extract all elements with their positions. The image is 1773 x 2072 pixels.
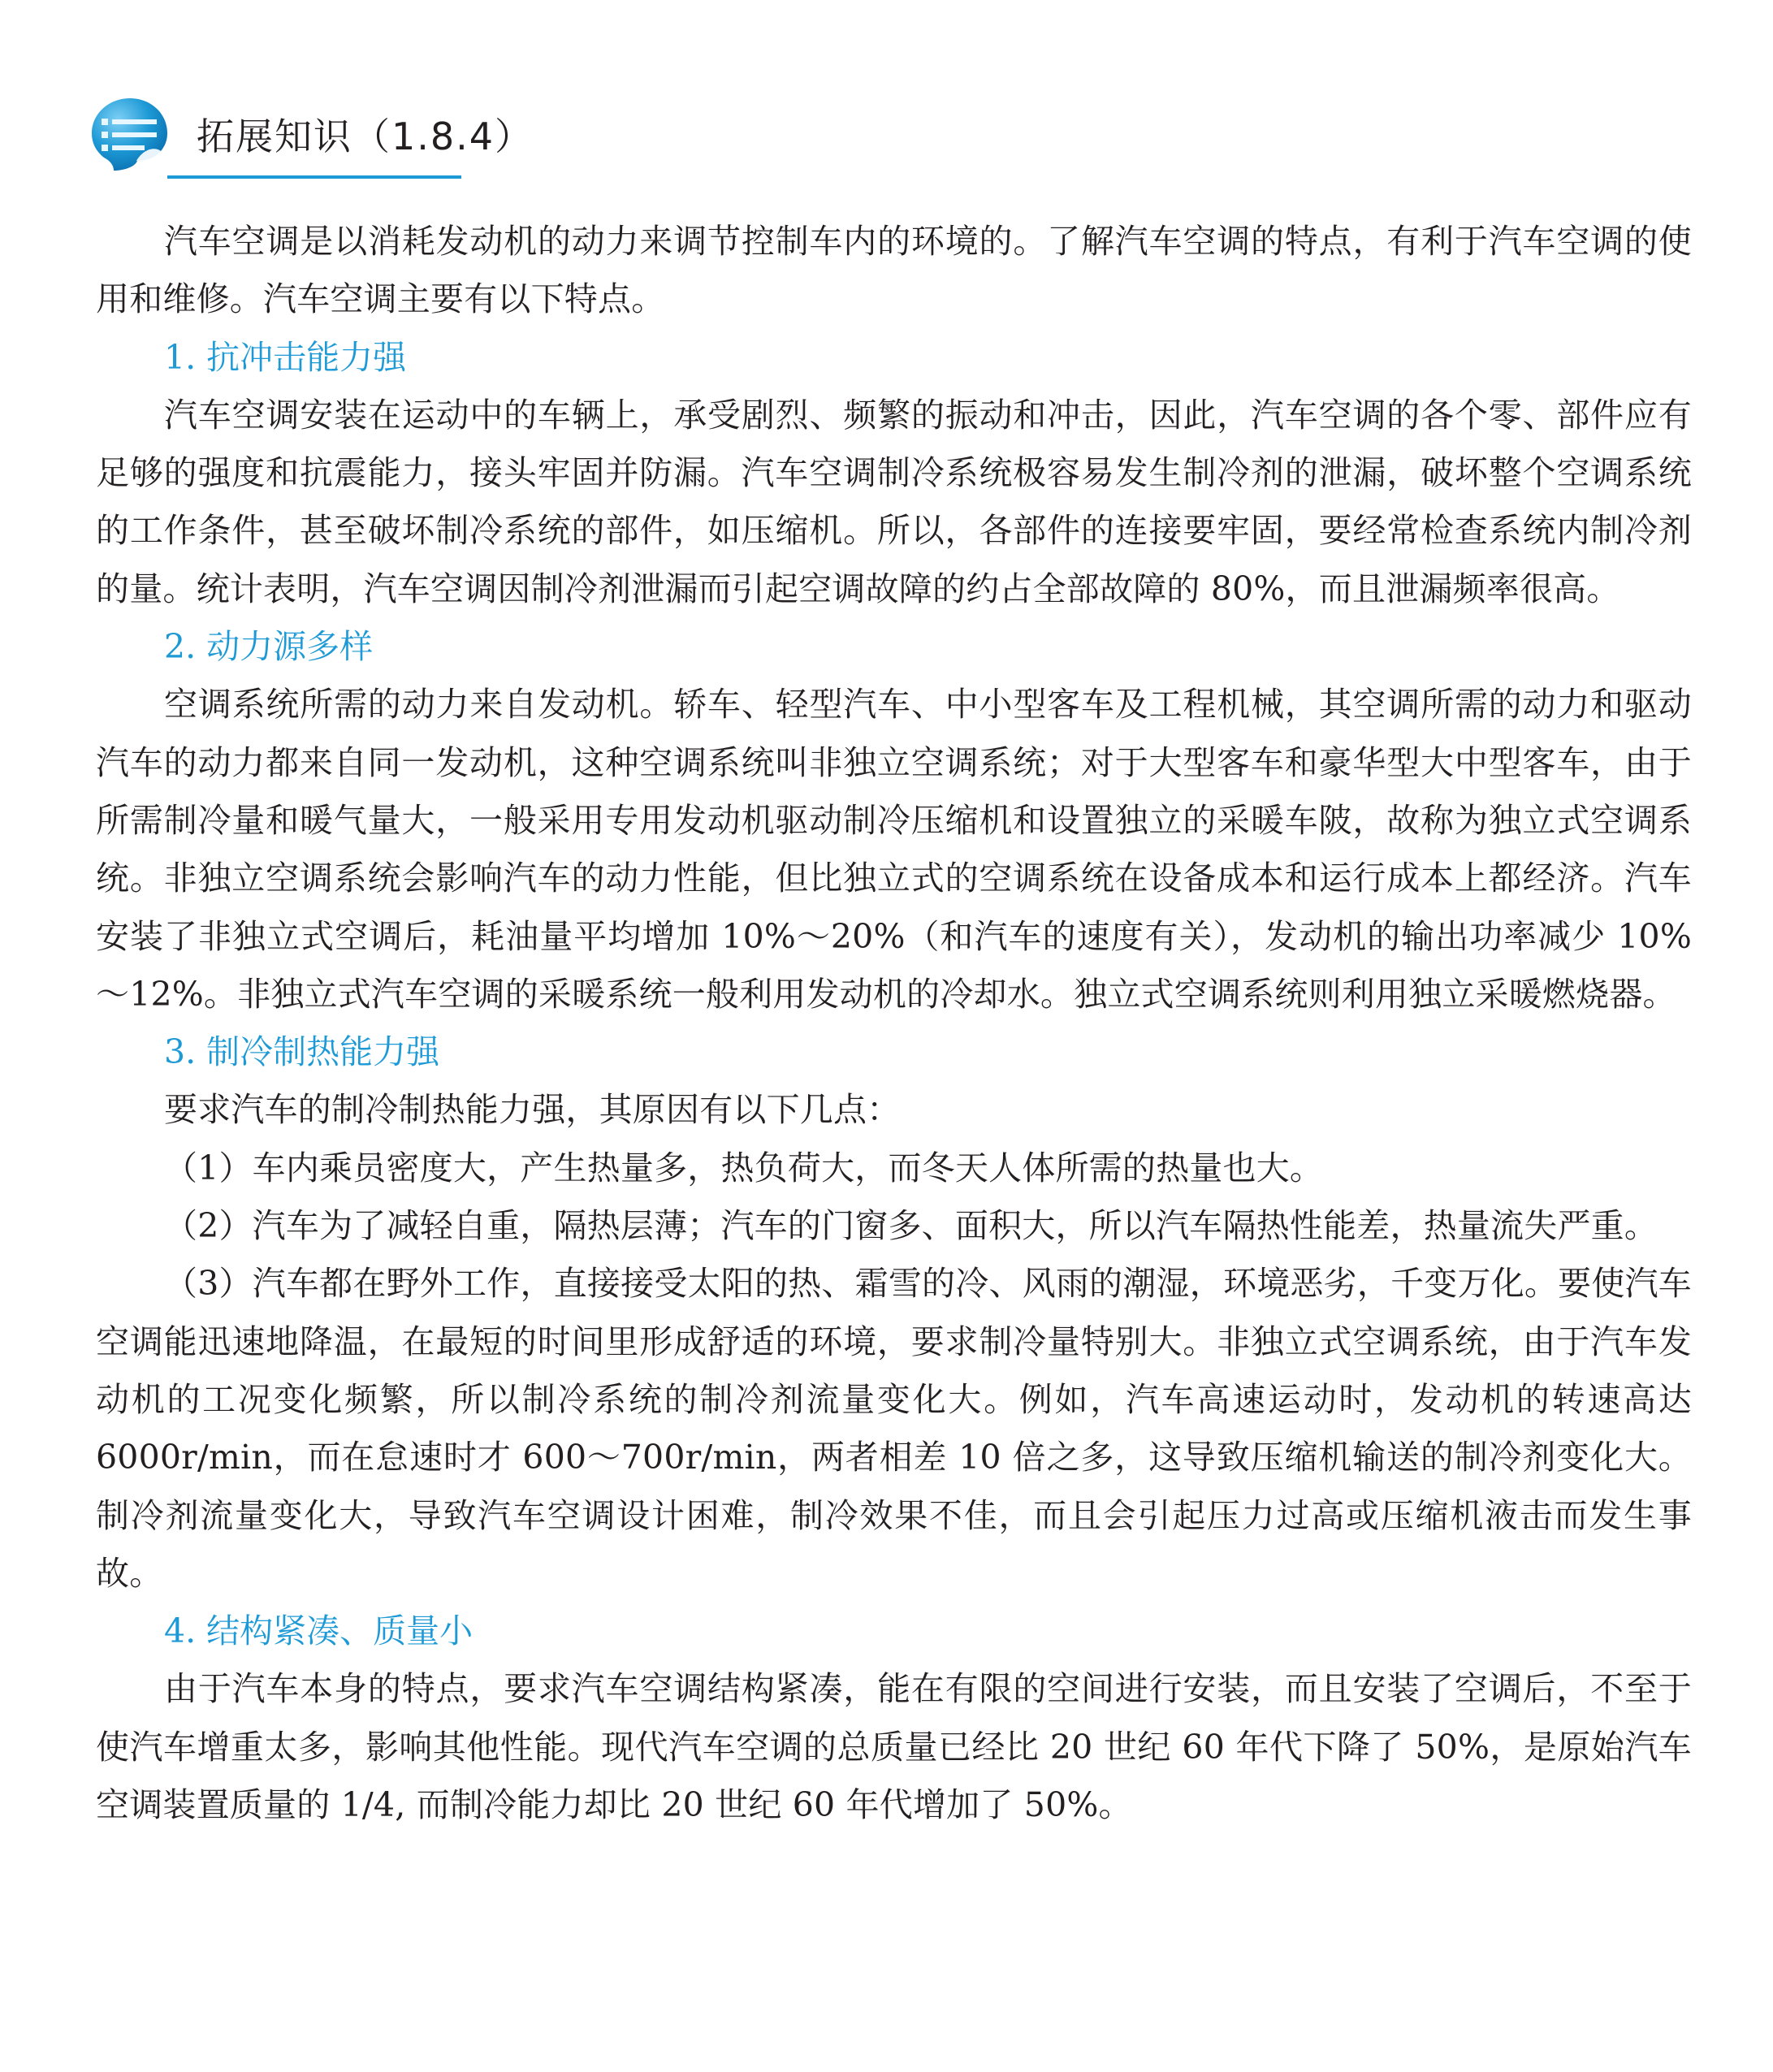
document-body: 汽车空调是以消耗发动机的动力来调节控制车内的环境的。了解汽车空调的特点，有利于汽…: [96, 213, 1692, 1834]
list-item: （1）车内乘员密度大，产生热量多，热负荷大，而冬天人体所需的热量也大。: [96, 1140, 1692, 1197]
intro-paragraph: 汽车空调是以消耗发动机的动力来调节控制车内的环境的。了解汽车空调的特点，有利于汽…: [96, 213, 1692, 329]
section-title: 拓展知识（1.8.4）: [197, 107, 534, 161]
list-bubble-icon: [89, 96, 171, 173]
paragraph: 要求汽车的制冷制热能力强，其原因有以下几点：: [96, 1081, 1692, 1139]
section-header: 拓展知识（1.8.4）: [89, 96, 544, 185]
list-item: （2）汽车为了减轻自重，隔热层薄；汽车的门窗多、面积大，所以汽车隔热性能差，热量…: [96, 1197, 1692, 1255]
list-item: （3）汽车都在野外工作，直接接受太阳的热、霜雪的冷、风雨的潮湿，环境恶劣，千变万…: [96, 1255, 1692, 1603]
title-underline: [167, 175, 461, 179]
section-heading: 1. 抗冲击能力强: [96, 329, 1692, 387]
section-heading: 4. 结构紧凑、质量小: [96, 1603, 1692, 1660]
section-heading: 2. 动力源多样: [96, 618, 1692, 676]
section-heading: 3. 制冷制热能力强: [96, 1023, 1692, 1081]
paragraph: 汽车空调安装在运动中的车辆上，承受剧烈、频繁的振动和冲击，因此，汽车空调的各个零…: [96, 387, 1692, 618]
paragraph: 由于汽车本身的特点，要求汽车空调结构紧凑，能在有限的空间进行安装，而且安装了空调…: [96, 1660, 1692, 1834]
paragraph: 空调系统所需的动力来自发动机。轿车、轻型汽车、中小型客车及工程机械，其空调所需的…: [96, 676, 1692, 1023]
